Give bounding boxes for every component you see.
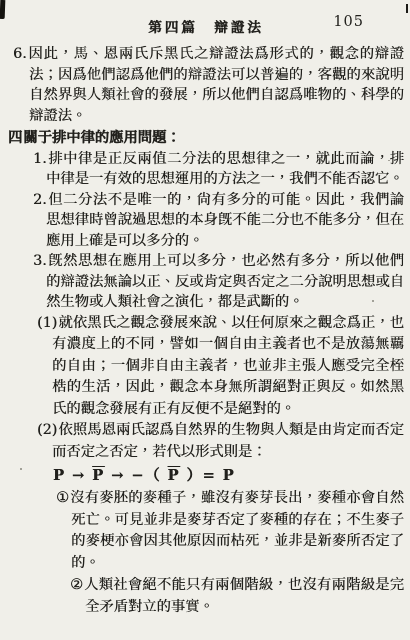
p-bar-symbol: P (92, 467, 104, 484)
item-text: 排中律是正反兩值二分法的思想律之一，就此而論，排中律是一有效的思想運用的方法之一… (46, 151, 404, 188)
item-marker: 1. (33, 151, 48, 167)
list-item-1: 1.排中律是正反兩值二分法的思想律之一，就此而論，排中律是一有效的思想運用的方法… (8, 149, 404, 190)
circled-2-marker: ② (70, 577, 84, 593)
item-marker: (1) (37, 315, 58, 331)
scan-blot-icon (406, 4, 408, 13)
section-text: 關于排中律的應用問題： (23, 130, 180, 146)
page-header: 第四篇 辯證法 105 (8, 12, 404, 38)
item-marker: 3. (33, 253, 48, 269)
negation-formula: P → P → −（ P ）= P (8, 465, 404, 487)
formula-part: → −（ (105, 467, 168, 484)
item-text: 因此，馬、恩兩氏斥黑氏之辯證法爲形式的，觀念的辯證法；因爲他們認爲他們的辯證法可… (28, 46, 404, 124)
p-bar-symbol: P (168, 467, 180, 484)
scan-blot-icon (0, 0, 5, 19)
section-heading-4: 四關于排中律的應用問題： (8, 128, 404, 149)
formula-part: P → (53, 467, 92, 484)
item-marker: 6. (13, 46, 28, 62)
item-text: 就依黑氏之觀念發展來說、以任何原來之觀念爲正，也有濃度上的不同，譬如一個自由主義… (52, 315, 404, 417)
item-text: 人類社會絕不能只有兩個階級，也沒有兩階級是完全矛盾對立的事實。 (84, 577, 404, 615)
list-item-6: 6.因此，馬、恩兩氏斥黑氏之辯證法爲形式的，觀念的辯證法；因爲他們認爲他們的辯證… (8, 44, 404, 126)
sub-item-2: (2)依照馬恩兩氏認爲自然界的生物與人類是由肯定而否定而否定之否定，若代以形式則… (8, 420, 404, 463)
book-page: 第四篇 辯證法 105 6.因此，馬、恩兩氏斥黑氏之辯證法爲形式的，觀念的辯證法… (0, 0, 410, 640)
item-marker: (2) (37, 422, 58, 438)
circled-1-marker: ① (56, 490, 70, 506)
circled-item-2: ②人類社會絕不能只有兩個階級，也沒有兩階級是完全矛盾對立的事實。 (8, 575, 404, 618)
item-text: 但二分法不是唯一的，尙有多分的可能。因此，我們論思想律時曾說過思想的本身旣不能二… (46, 192, 404, 249)
item-text: 依照馬恩兩氏認爲自然界的生物與人類是由肯定而否定而否定之否定，若代以形式則是： (52, 422, 404, 460)
page-number: 105 (333, 14, 364, 30)
item-text: 旣然思想在應用上可以多分，也必然有多分，所以他們的辯證法無論以正、反或肯定與否定… (46, 253, 404, 310)
scan-speck-icon (388, 160, 390, 161)
circled-item-1: ①沒有麥胚的麥種子，雖沒有麥芽長出，麥種亦會自然死亡。可見並非是麥芽否定了麥種的… (8, 488, 404, 574)
scan-speck-icon (372, 300, 374, 302)
section-marker: 四 (8, 130, 23, 146)
sub-item-1: (1)就依黑氏之觀念發展來說、以任何原來之觀念爲正，也有濃度上的不同，譬如一個自… (8, 313, 404, 421)
list-item-3: 3.旣然思想在應用上可以多分，也必然有多分，所以他們的辯證法無論以正、反或肯定與… (8, 251, 404, 313)
page-body: 6.因此，馬、恩兩氏斥黑氏之辯證法爲形式的，觀念的辯證法；因爲他們認爲他們的辯證… (8, 44, 404, 618)
item-marker: 2. (33, 192, 48, 208)
formula-part: ）= P (180, 467, 235, 484)
list-item-2: 2.但二分法不是唯一的，尙有多分的可能。因此，我們論思想律時曾說過思想的本身旣不… (8, 190, 404, 252)
scan-speck-icon (20, 468, 22, 470)
item-text: 沒有麥胚的麥種子，雖沒有麥芽長出，麥種亦會自然死亡。可見並非是麥芽否定了麥種的存… (70, 490, 404, 571)
